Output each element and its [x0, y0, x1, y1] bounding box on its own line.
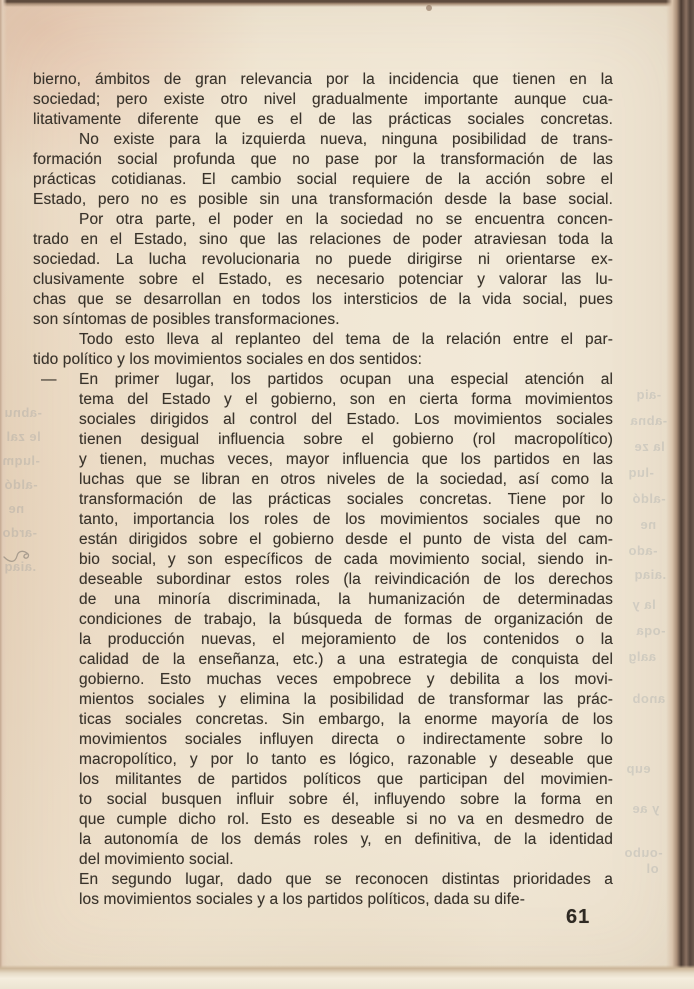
text-line: sociedad; pero existe otro nivel gradual…: [33, 90, 613, 110]
text-line: calidad de la enseñanza, etc.) a una est…: [33, 650, 613, 670]
book-edge-right: [666, 0, 694, 989]
text-line: En segundo lugar, dado que se reconocen …: [33, 870, 613, 890]
text-line: deseable subordinar estos roles (la reiv…: [33, 570, 613, 590]
text-line-content: los movimientos sociales y a los partido…: [79, 891, 525, 908]
showthrough-text: -aiq: [636, 388, 661, 401]
text-line: clusivamente sobre el Estado, es necesar…: [33, 270, 613, 290]
text-line-content: Estado, pero no es posible sin una trans…: [33, 191, 613, 208]
book-edge-top: [0, 0, 694, 7]
text-line: No existe para la izquierda nueva, ningu…: [33, 130, 613, 150]
text-line: bierno, ámbitos de gran relevancia por l…: [33, 70, 613, 90]
text-line: ticas sociales concretas. Sin embargo, l…: [33, 710, 613, 730]
showthrough-text: ne: [8, 502, 24, 515]
text-line-content: tanto, importancia los roles de los movi…: [79, 511, 613, 528]
showthrough-text: .aiaq: [634, 568, 666, 581]
text-line: transformación de las prácticas sociales…: [33, 490, 613, 510]
page-edge-left: [0, 0, 7, 989]
text-line: formación social profunda que no pase po…: [33, 150, 613, 170]
text-line-content: gobierno. Esto muchas veces empobrece y …: [79, 671, 613, 688]
showthrough-text: -ardo: [2, 526, 37, 539]
text-line-content: ticas sociales concretas. Sin embargo, l…: [79, 711, 613, 728]
text-line: Todo esto lleva al replanteo del tema de…: [33, 330, 613, 350]
text-line: gobierno. Esto muchas veces empobrece y …: [33, 670, 613, 690]
text-line: to social busquen influir sobre él, infl…: [33, 790, 613, 810]
showthrough-text: y ae: [632, 802, 659, 815]
text-line: del movimiento social.: [33, 850, 613, 870]
showthrough-text: -oubo: [624, 846, 663, 859]
text-line-content: trado en el Estado, sino que las relacio…: [33, 231, 613, 248]
text-line-content: tienen desigual influencia sobre el gobi…: [79, 431, 613, 448]
text-line-content: del movimiento social.: [79, 851, 234, 868]
text-line-content: luchas que se libran en otros niveles de…: [79, 471, 613, 488]
text-line-content: Por otra parte, el poder en la sociedad …: [79, 211, 613, 228]
page-edge-bottom: [0, 965, 694, 989]
text-line: chas que se desarrollan en todos los int…: [33, 290, 613, 310]
text-line-content: to social busquen influir sobre él, infl…: [79, 791, 613, 808]
text-line: están dirigidos sobre el gobierno desde …: [33, 530, 613, 550]
text-line-content: mientos sociales y elimina la posibilida…: [79, 691, 613, 708]
text-line: tema del Estado y el gobierno, son en ci…: [33, 390, 613, 410]
text-line-content: sociedad. La lucha revolucionaria no pue…: [33, 251, 613, 268]
text-line-content: tido político y los movimientos sociales…: [33, 351, 422, 368]
text-line: prácticas cotidianas. El cambio social r…: [33, 170, 613, 190]
showthrough-text: -abna: [630, 414, 667, 427]
text-line-content: Todo esto lleva al replanteo del tema de…: [79, 331, 613, 348]
text-line-content: transformación de las prácticas sociales…: [79, 491, 613, 508]
text-line-content: tema del Estado y el gobierno, son en ci…: [79, 391, 613, 408]
text-line: los movimientos sociales y a los partido…: [33, 890, 613, 910]
showthrough-text: -luq: [628, 466, 654, 479]
page-text: bierno, ámbitos de gran relevancia por l…: [33, 70, 613, 910]
text-line: bio social, y son específicos de cada mo…: [33, 550, 613, 570]
text-line-content: y tienen, muchas veces, mayor influencia…: [79, 451, 613, 468]
text-line-content: chas que se desarrollan en todos los int…: [33, 291, 613, 308]
text-line: Por otra parte, el poder en la sociedad …: [33, 210, 613, 230]
text-line: luchas que se libran en otros niveles de…: [33, 470, 613, 490]
text-line-content: de una minoría discriminada, la humaniza…: [79, 591, 613, 608]
text-line: tanto, importancia los roles de los movi…: [33, 510, 613, 530]
text-line-content: movimientos sociales influyen directa o …: [79, 731, 613, 748]
showthrough-text: eup: [626, 762, 651, 775]
text-line-content: condiciones de trabajo, la búsqueda de f…: [79, 611, 613, 628]
text-line: los militantes de partidos políticos que…: [33, 770, 613, 790]
bullet-dash: —: [41, 370, 57, 390]
text-line-content: la producción nuevas, el mejoramiento de…: [79, 631, 613, 648]
text-line-content: los militantes de partidos políticos que…: [79, 771, 613, 788]
pencil-squiggle: [2, 543, 36, 567]
showthrough-text: aalg: [628, 650, 656, 663]
showthrough-text: -ado: [628, 544, 657, 557]
showthrough-text: anob: [632, 692, 665, 705]
showthrough-text: -oqa: [636, 624, 665, 637]
page-number: 61: [566, 906, 590, 929]
text-line-content: macropolítico, y por lo tanto es lógico,…: [79, 751, 613, 768]
text-line-content: sociales dirigidos al control del Estado…: [79, 411, 613, 428]
text-line-content: calidad de la enseñanza, etc.) a una est…: [79, 651, 613, 668]
scanned-book-page: bierno, ámbitos de gran relevancia por l…: [0, 0, 694, 989]
text-line-content: que cumple dicho rol. Esto es deseable s…: [79, 811, 613, 828]
text-line: sociedad. La lucha revolucionaria no pue…: [33, 250, 613, 270]
text-line: macropolítico, y por lo tanto es lógico,…: [33, 750, 613, 770]
showthrough-text: -aldó: [632, 492, 666, 505]
text-line-content: En segundo lugar, dado que se reconocen …: [79, 871, 613, 888]
text-line: la autonomía de los demás roles y, en de…: [33, 830, 613, 850]
text-line-content: litativamente diferente que es el de las…: [33, 111, 613, 128]
text-line-content: son síntomas de posibles transformacione…: [33, 311, 340, 328]
text-line: trado en el Estado, sino que las relacio…: [33, 230, 613, 250]
text-line-content: clusivamente sobre el Estado, es necesar…: [33, 271, 613, 288]
text-line-content: prácticas cotidianas. El cambio social r…: [33, 171, 613, 188]
text-line-content: la autonomía de los demás roles y, en de…: [79, 831, 613, 848]
showthrough-text: la y: [632, 598, 656, 611]
text-line: y tienen, muchas veces, mayor influencia…: [33, 450, 613, 470]
showthrough-text: ol: [646, 862, 659, 875]
text-line: —En primer lugar, los partidos ocupan un…: [33, 370, 613, 390]
text-line: Estado, pero no es posible sin una trans…: [33, 190, 613, 210]
text-line-content: deseable subordinar estos roles (la reiv…: [79, 571, 613, 588]
text-line: tienen desigual influencia sobre el gobi…: [33, 430, 613, 450]
text-line-content: En primer lugar, los partidos ocupan una…: [79, 371, 613, 388]
text-line-content: bio social, y son específicos de cada mo…: [79, 551, 613, 568]
text-line: tido político y los movimientos sociales…: [33, 350, 613, 370]
paper-stain: [426, 5, 432, 11]
text-line: movimientos sociales influyen directa o …: [33, 730, 613, 750]
text-line: son síntomas de posibles transformacione…: [33, 310, 613, 330]
text-line-content: formación social profunda que no pase po…: [33, 151, 613, 168]
text-line: de una minoría discriminada, la humaniza…: [33, 590, 613, 610]
text-line: sociales dirigidos al control del Estado…: [33, 410, 613, 430]
text-line-content: No existe para la izquierda nueva, ningu…: [79, 131, 613, 148]
text-line-content: bierno, ámbitos de gran relevancia por l…: [33, 71, 613, 88]
text-line-content: sociedad; pero existe otro nivel gradual…: [33, 91, 613, 108]
text-line: que cumple dicho rol. Esto es deseable s…: [33, 810, 613, 830]
text-line: mientos sociales y elimina la posibilida…: [33, 690, 613, 710]
text-line: condiciones de trabajo, la búsqueda de f…: [33, 610, 613, 630]
showthrough-text: la ze: [634, 440, 665, 453]
text-line-content: están dirigidos sobre el gobierno desde …: [79, 531, 613, 548]
showthrough-text: ne: [640, 518, 656, 531]
text-line: litativamente diferente que es el de las…: [33, 110, 613, 130]
text-line: la producción nuevas, el mejoramiento de…: [33, 630, 613, 650]
